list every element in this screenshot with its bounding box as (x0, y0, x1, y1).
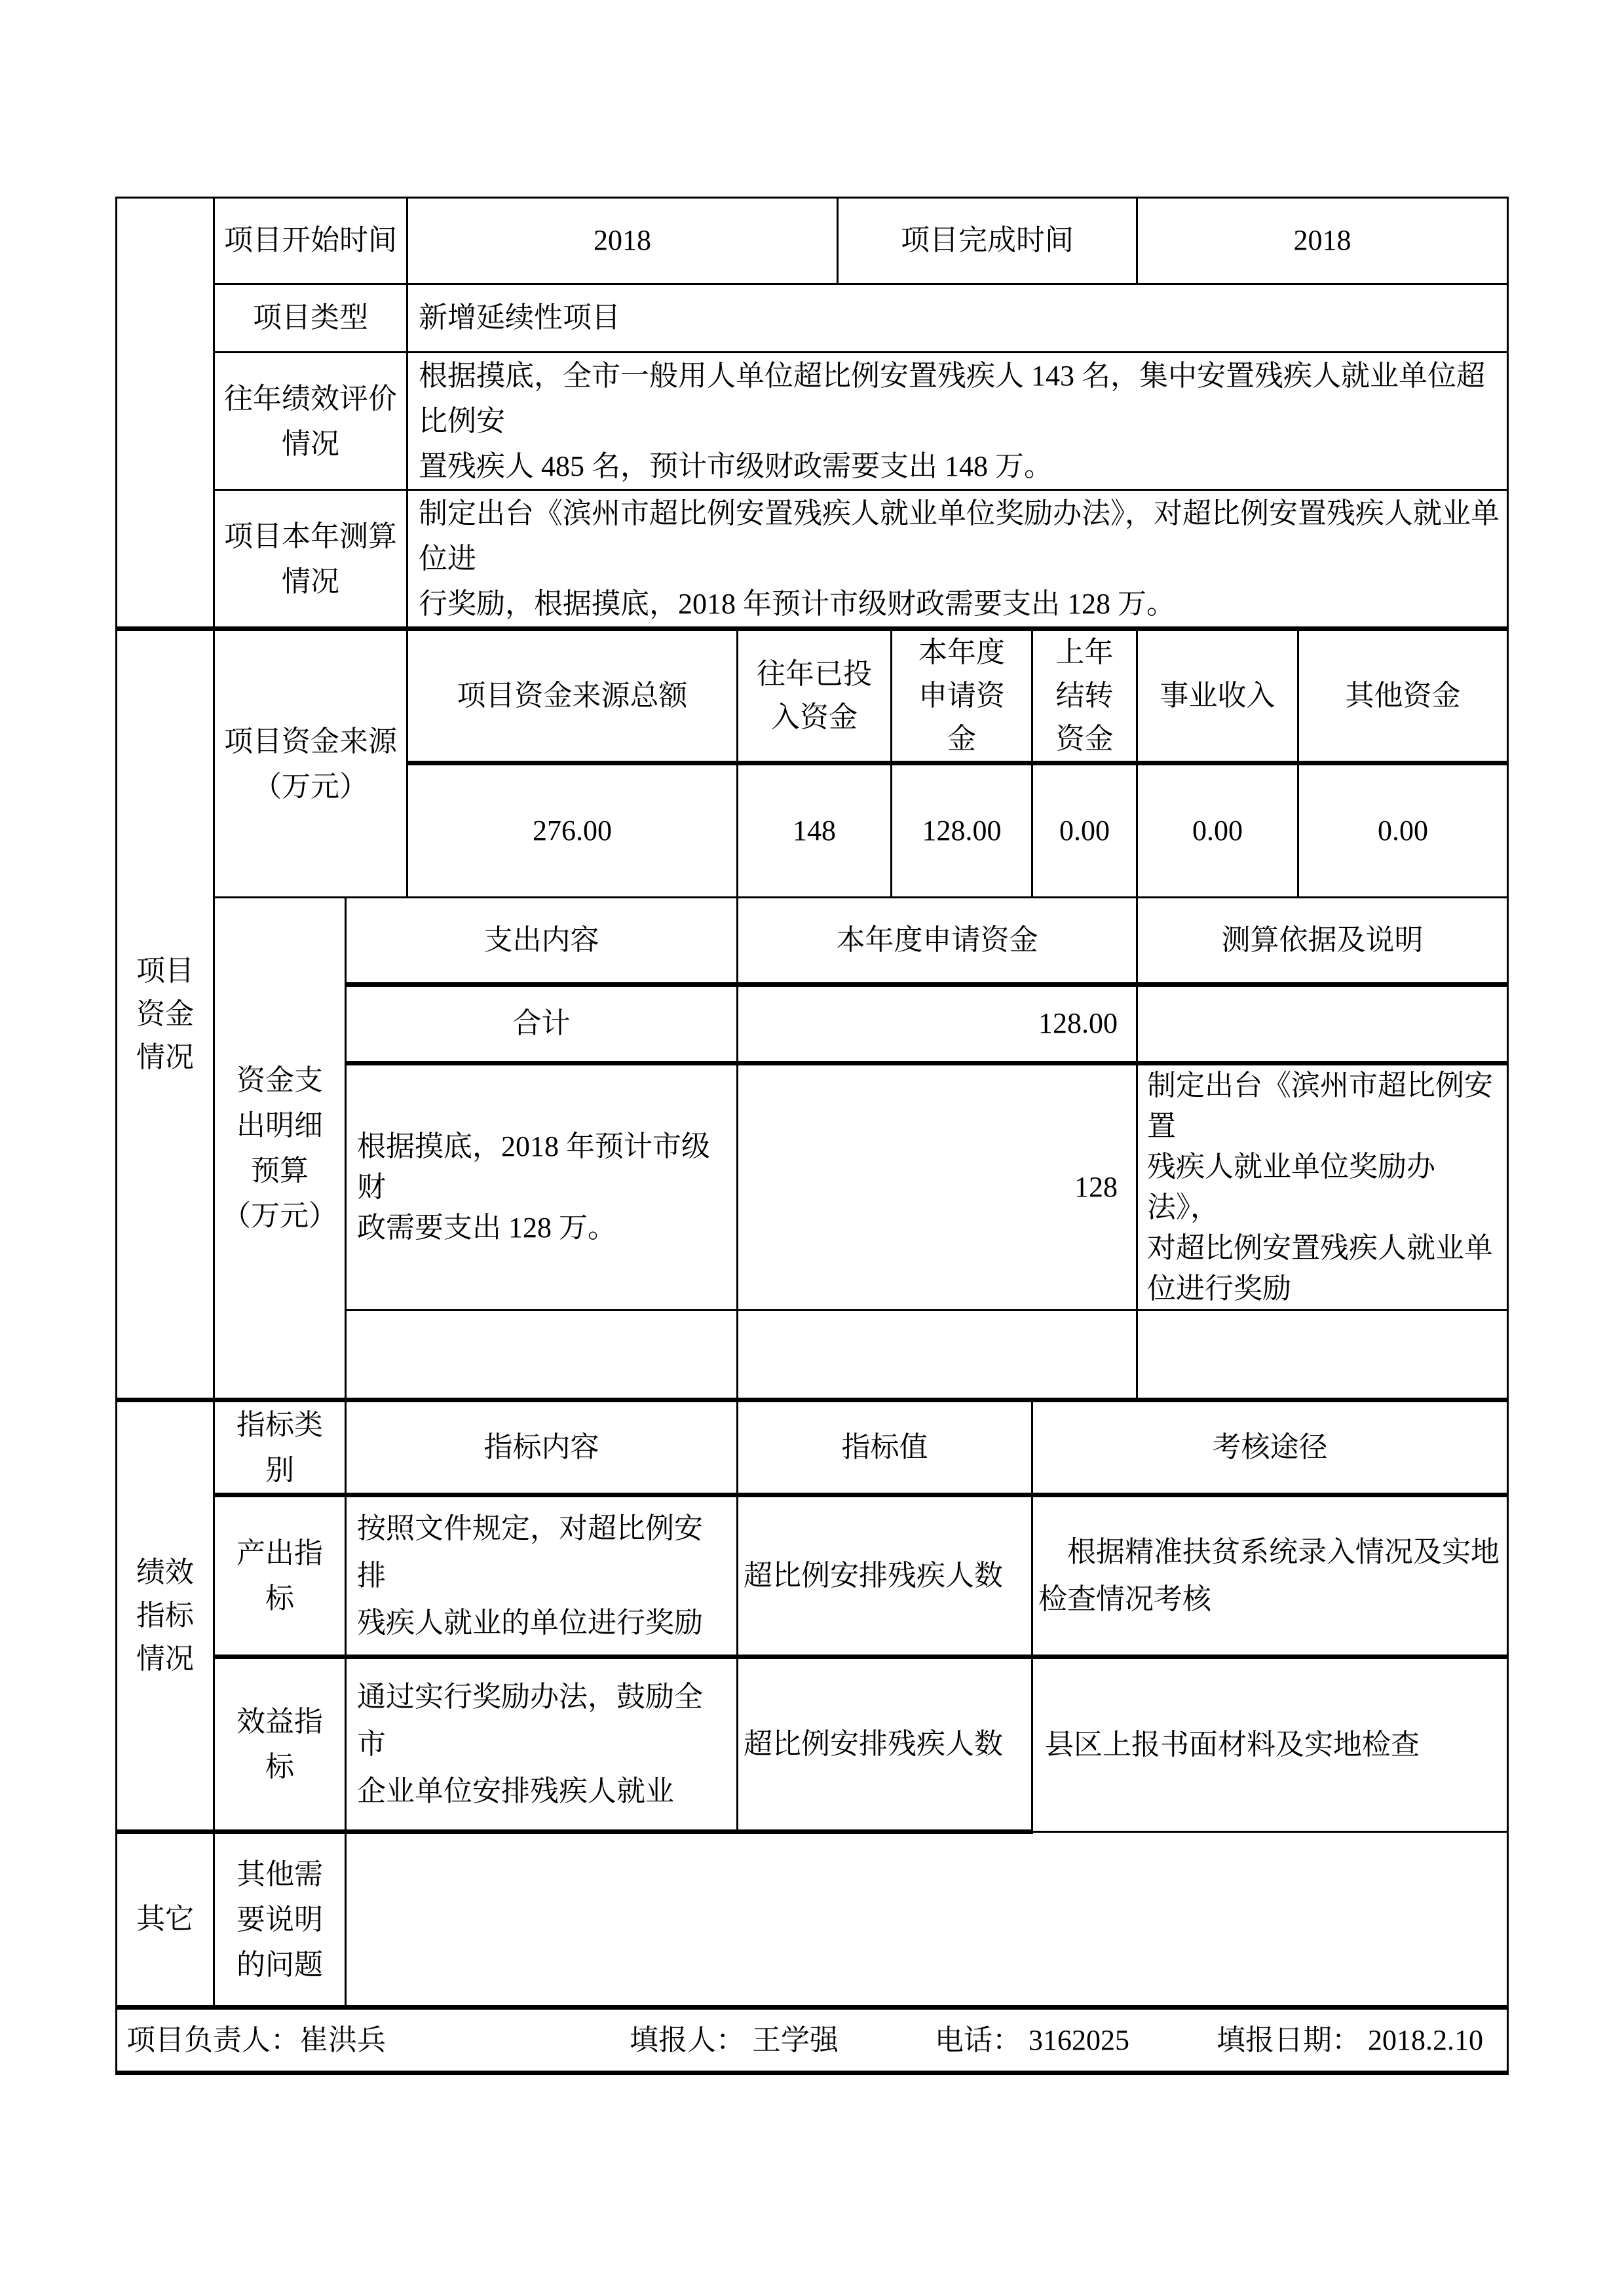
funding-source-header-business-income: 事业收入 (1137, 629, 1298, 763)
funding-source-header-prior-invested: 往年已投 入资金 (738, 629, 892, 763)
other-note-label: 其他需 要说明 的问题 (214, 1832, 346, 2008)
prior-performance-value: 根据摸底，全市一般用人单位超比例安置残疾人 143 名，集中安置残疾人就业单位超… (407, 353, 1508, 490)
other-section-label: 其它 (117, 1832, 214, 2008)
output-indicator-category: 产出指 标 (214, 1495, 346, 1657)
expense-detail-content: 根据摸底，2018 年预计市级财 政需要支出 128 万。 (346, 1063, 738, 1311)
other-note-value (346, 1832, 1508, 2008)
output-indicator-value: 超比例安排残疾人数 (738, 1495, 1032, 1657)
funding-source-value-total: 276.00 (407, 763, 738, 898)
funding-source-value-prior-invested: 148 (738, 763, 892, 898)
project-manager: 项目负责人：崔洪兵 (126, 2018, 386, 2062)
indicator-header-method: 考核途径 (1032, 1400, 1508, 1495)
funding-source-value-business-income: 0.00 (1137, 763, 1298, 898)
current-estimate-label: 项目本年测算 情况 (214, 490, 407, 629)
expense-empty-amount (738, 1311, 1137, 1400)
document-page: { "colors": { "ink": "#000000", "paper":… (0, 0, 1624, 2296)
project-start-time-label: 项目开始时间 (214, 198, 407, 284)
contact-phone: 电话： 3162025 (935, 2018, 1129, 2062)
section1-continuation-cell (117, 198, 214, 629)
benefit-indicator-value: 超比例安排残疾人数 (738, 1657, 1032, 1832)
project-finish-time-value: 2018 (1137, 198, 1508, 284)
performance-section-label: 绩效 指标 情况 (117, 1400, 214, 1832)
expense-header-content: 支出内容 (346, 898, 738, 985)
project-budget-table: 项目开始时间 2018 项目完成时间 2018 项目类型 新增延续性项目 往年绩… (115, 197, 1509, 2075)
expense-detail-amount: 128 (738, 1063, 1137, 1311)
funding-source-header-carryover: 上年 结转 资金 (1032, 629, 1137, 763)
form-filler: 填报人： 王学强 (630, 2018, 839, 2062)
current-estimate-value: 制定出台《滨州市超比例安置残疾人就业单位奖励办法》，对超比例安置残疾人就业单位进… (407, 490, 1508, 629)
form-sheet: 项目开始时间 2018 项目完成时间 2018 项目类型 新增延续性项目 往年绩… (115, 197, 1509, 2075)
expense-empty-basis (1137, 1311, 1508, 1400)
project-finish-time-label: 项目完成时间 (838, 198, 1137, 284)
benefit-indicator-content: 通过实行奖励办法，鼓励全市 企业单位安排残疾人就业 (346, 1657, 738, 1832)
funding-source-value-other-funds: 0.00 (1298, 763, 1508, 898)
project-type-value: 新增延续性项目 (407, 284, 1508, 353)
indicator-header-value: 指标值 (738, 1400, 1032, 1495)
expense-detail-basis: 制定出台《滨州市超比例安置 残疾人就业单位奖励办法》， 对超比例安置残疾人就业单… (1137, 1063, 1508, 1311)
funding-source-value-current-request: 128.00 (892, 763, 1032, 898)
prior-performance-label: 往年绩效评价 情况 (214, 353, 407, 490)
expense-empty-content (346, 1311, 738, 1400)
funding-source-header-total: 项目资金来源总额 (407, 629, 738, 763)
expense-total-amount: 128.00 (738, 985, 1137, 1063)
indicator-header-content: 指标内容 (346, 1400, 738, 1495)
funding-source-value-carryover: 0.00 (1032, 763, 1137, 898)
signature-row: 项目负责人：崔洪兵 填报人： 王学强 电话： 3162025 填报日期： 201… (117, 2008, 1508, 2073)
expense-total-basis (1137, 985, 1508, 1063)
expense-header-basis: 测算依据及说明 (1137, 898, 1508, 985)
indicator-header-category: 指标类 别 (214, 1400, 346, 1495)
benefit-indicator-category: 效益指 标 (214, 1657, 346, 1832)
funding-source-label: 项目资金来源 （万元） (214, 629, 407, 898)
funding-section-label: 项目 资金 情况 (117, 629, 214, 1400)
output-indicator-method: 根据精准扶贫系统录入情况及实地 检查情况考核 (1032, 1495, 1508, 1657)
expense-total-label: 合计 (346, 985, 738, 1063)
expense-budget-label: 资金支 出明细 预算 （万元） (214, 898, 346, 1400)
expense-header-amount: 本年度申请资金 (738, 898, 1137, 985)
fill-date: 填报日期： 2018.2.10 (1217, 2018, 1483, 2062)
project-start-time-value: 2018 (407, 198, 838, 284)
output-indicator-content: 按照文件规定，对超比例安排 残疾人就业的单位进行奖励 (346, 1495, 738, 1657)
funding-source-header-current-request: 本年度 申请资 金 (892, 629, 1032, 763)
benefit-indicator-method: 县区上报书面材料及实地检查 (1032, 1657, 1508, 1832)
project-type-label: 项目类型 (214, 284, 407, 353)
funding-source-header-other-funds: 其他资金 (1298, 629, 1508, 763)
